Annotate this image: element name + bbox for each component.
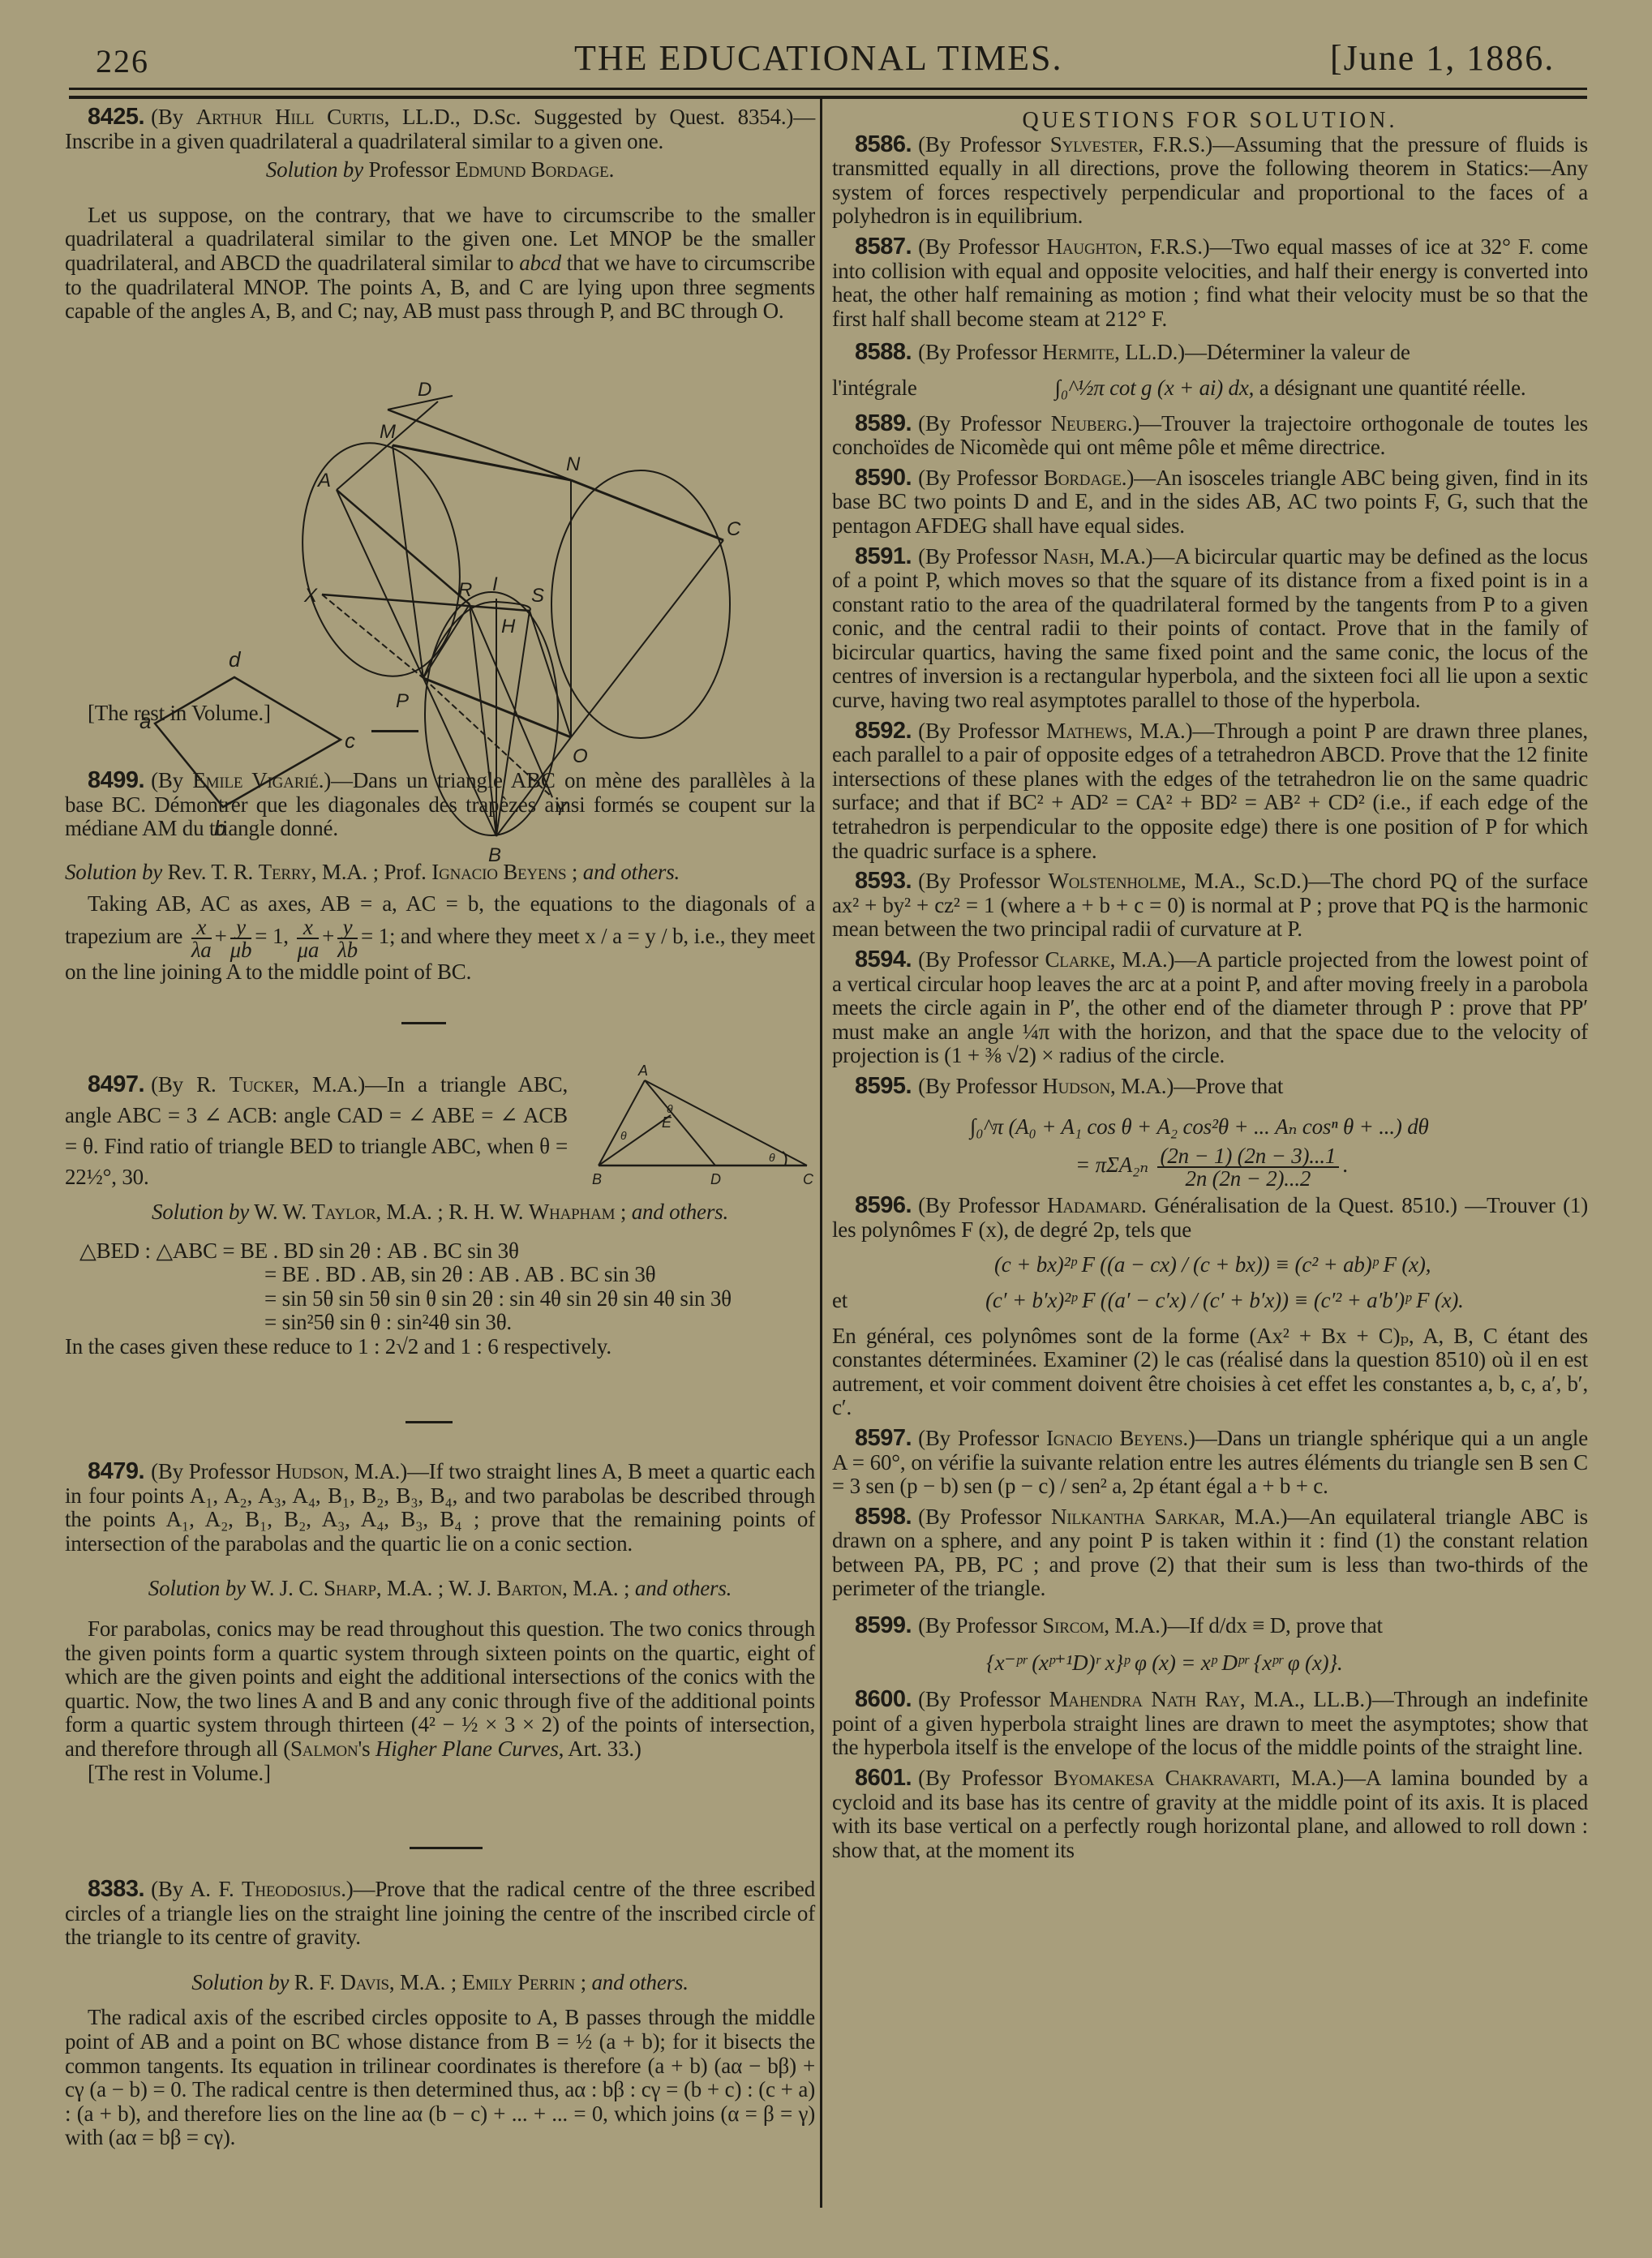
question-8600: 8600.(By Professor Mahendra Nath Ray, M.… [832, 1688, 1588, 1760]
circle-ampr [285, 431, 477, 689]
question-8497: 8497.(By R. Tucker, M.A.)—In a triangle … [65, 1069, 568, 1192]
question-8596-formula-1: (c + bx)²ᵖ F ((a − cx) / (c + bx)) ≡ (c²… [832, 1253, 1588, 1277]
svg-text:I: I [492, 573, 498, 595]
svg-text:C: C [727, 518, 741, 540]
question-8601: 8601.(By Professor Byomakesa Chakravarti… [832, 1766, 1588, 1862]
question-8425-rest: [The rest in Volume.] [65, 702, 815, 726]
svg-text:A: A [637, 1062, 648, 1079]
issue-date: [June 1, 1886. [1330, 41, 1555, 76]
solution-byline: Solution by W. J. C. Sharp, M.A. ; W. J.… [65, 1577, 815, 1601]
question-8594: 8594.(By Professor Clarke, M.A.)—A parti… [832, 948, 1588, 1068]
svg-text:D: D [710, 1171, 721, 1184]
question-8499-text: 8499.(By Emile Vigarié.)—Dans un triangl… [65, 769, 815, 841]
separator [405, 1421, 453, 1423]
question-8595-formula-2: = πΣA₂ₙ (2n − 1) (2n − 3)...12n (2n − 2)… [832, 1145, 1588, 1189]
solution-body: Taking AB, AC as axes, AB = a, AC = b, t… [65, 892, 815, 984]
svg-text:d: d [229, 647, 242, 672]
quadrilateral-construction-figure: D M A N C R I S X H P O Y B a d c b [0, 0, 819, 892]
triangle-abc-figure: A B D C E θ θ θ [584, 1062, 827, 1184]
solution-byline: Solution by R. F. Davis, M.A. ; Emily Pe… [65, 1971, 815, 1995]
question-8588: 8588.(By Professor Hermite, LL.D.)—Déter… [832, 341, 1588, 365]
question-8590: 8590.(By Professor Bordage.)—An isoscele… [832, 466, 1588, 539]
solution-body: For parabolas, conics may be read throug… [65, 1617, 815, 1762]
question-8497-text: 8497.(By R. Tucker, M.A.)—In a triangle … [65, 1069, 568, 1192]
separator [371, 730, 418, 732]
question-8596: 8596.(By Professor Hadamard. Généralisat… [832, 1194, 1588, 1242]
separator [401, 1022, 446, 1024]
separator [410, 1847, 483, 1849]
question-8586: 8586.(By Professor Sylvester, F.R.S.)—As… [832, 133, 1588, 229]
rest-in-volume-note: [The rest in Volume.] [65, 1762, 815, 1786]
circle-ncos [551, 470, 730, 738]
svg-text:S: S [531, 585, 544, 607]
svg-text:E: E [662, 1114, 672, 1131]
question-8497-solution: Solution by W. W. Taylor, M.A. ; R. H. W… [65, 1200, 815, 1359]
svg-text:B: B [592, 1171, 602, 1184]
question-8587: 8587.(By Professor Haughton, F.R.S.)—Two… [832, 235, 1588, 331]
question-8479-text: 8479.(By Professor Hudson, M.A.)—If two … [65, 1460, 815, 1556]
solution-byline: Solution by W. W. Taylor, M.A. ; R. H. W… [65, 1200, 815, 1225]
svg-text:A: A [316, 470, 331, 492]
question-8592: 8592.(By Professor Mathews, M.A.)—Throug… [832, 719, 1588, 864]
solution-body: The radical axis of the escribed circles… [65, 2006, 815, 2150]
svg-text:N: N [566, 453, 581, 475]
svg-text:R: R [458, 579, 472, 601]
question-8599: 8599.(By Professor Sircom, M.A.)—If d/dx… [832, 1614, 1588, 1638]
svg-text:X: X [303, 585, 318, 607]
question-8593: 8593.(By Professor Wolstenholme, M.A., S… [832, 869, 1588, 942]
svg-text:θ: θ [769, 1151, 775, 1164]
svg-text:D: D [418, 379, 431, 401]
svg-text:θ: θ [620, 1129, 627, 1142]
conclusion: In the cases given these reduce to 1 : 2… [65, 1335, 815, 1359]
svg-text:H: H [501, 616, 516, 637]
question-8499: 8499.(By Emile Vigarié.)—Dans un triangl… [65, 769, 815, 985]
svg-text:M: M [380, 421, 396, 443]
svg-text:θ: θ [667, 1102, 673, 1115]
question-8479: 8479.(By Professor Hudson, M.A.)—If two … [65, 1460, 815, 1785]
question-8598: 8598.(By Professor Nilkantha Sarkar, M.A… [832, 1505, 1588, 1601]
question-8595: 8595.(By Professor Hudson, M.A.)—Prove t… [832, 1075, 1588, 1099]
rest-in-volume-note: [The rest in Volume.] [65, 702, 815, 726]
solution-byline: Solution by Rev. T. R. Terry, M.A. ; Pro… [65, 861, 815, 885]
question-8588-formula: l'intégrale∫₀^½π cot g (x + ai) dx, a dé… [832, 376, 1588, 401]
question-8597: 8597.(By Professor Ignacio Beyens.)—Dans… [832, 1427, 1588, 1499]
question-8589: 8589.(By Professor Neuberg.)—Trouver la … [832, 412, 1588, 460]
section-title: QUESTIONS FOR SOLUTION. [832, 109, 1588, 133]
question-8591: 8591.(By Professor Nash, M.A.)—A bicircu… [832, 545, 1588, 713]
svg-text:O: O [573, 745, 588, 767]
question-8595-formula-1: ∫₀^π (A₀ + A₁ cos θ + A₂ cos²θ + ... Aₙ … [832, 1115, 1588, 1140]
question-8596-formula-2: et(c′ + b′x)²ᵖ F ((a′ − c′x) / (c′ + b′x… [832, 1289, 1588, 1313]
ratio-derivation: △BED : △ABC = BE . BD sin 2θ : AB . BC s… [65, 1239, 815, 1335]
question-8596-continuation: En général, ces polynômes sont de la for… [832, 1324, 1588, 1420]
question-8599-formula: {x⁻ᵖʳ (xᵖ⁺¹D)ʳ x}ᵖ φ (x) = xᵖ Dᵖʳ {xᵖʳ φ… [832, 1651, 1588, 1676]
question-8383-text: 8383.(By A. F. Theodosius.)—Prove that t… [65, 1878, 815, 1950]
svg-text:c: c [345, 728, 355, 753]
question-8383: 8383.(By A. F. Theodosius.)—Prove that t… [65, 1878, 815, 2150]
questions-for-solution: QUESTIONS FOR SOLUTION. 8586.(By Profess… [832, 109, 1588, 1862]
svg-text:C: C [803, 1171, 814, 1184]
